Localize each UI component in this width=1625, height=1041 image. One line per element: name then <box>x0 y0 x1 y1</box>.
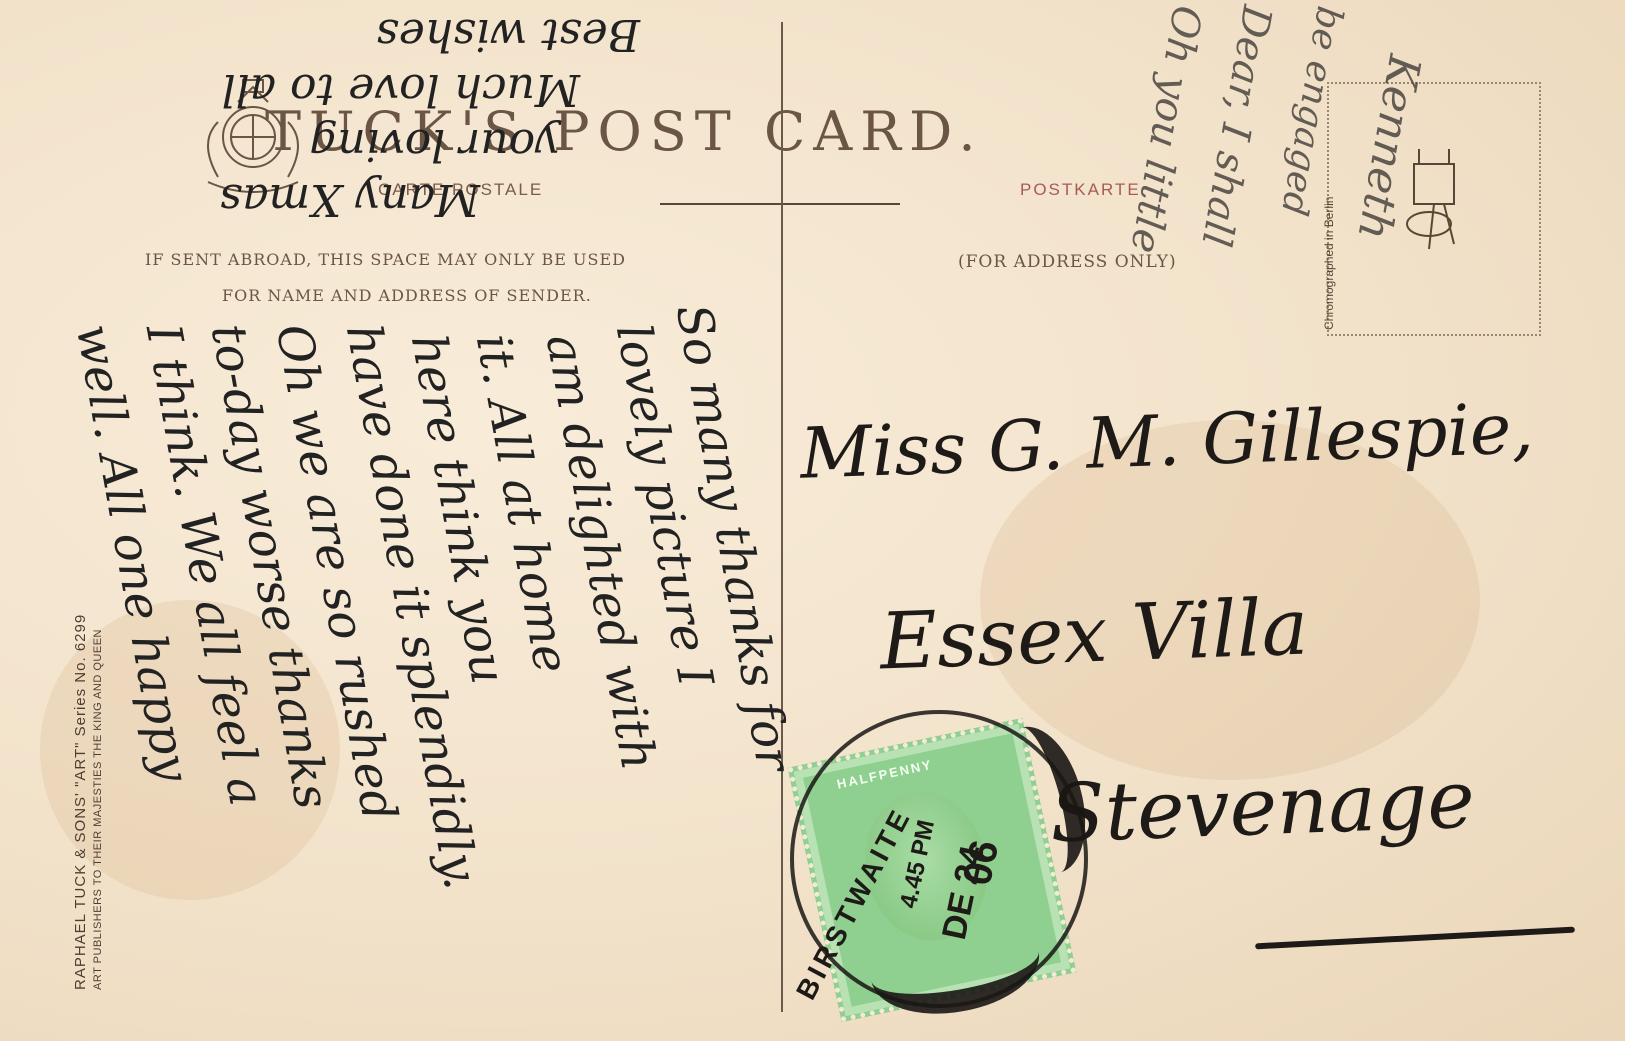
sent-abroad-note: IF SENT ABROAD, THIS SPACE MAY ONLY BE U… <box>145 250 626 269</box>
lithographed-note: Chromographed in Berlin <box>1322 197 1336 330</box>
postmark-year: 06 <box>955 836 1008 889</box>
address-underline <box>1255 927 1575 950</box>
postcard: TUCK'S POST CARD. CARTE POSTALE POSTKART… <box>0 0 1625 1041</box>
header-rule <box>660 203 900 205</box>
center-divider <box>781 22 783 1012</box>
message-inverted-line: your loving <box>309 119 560 170</box>
address-town: Stevenage <box>1049 753 1477 861</box>
message-inverted-line: Best wishes <box>376 9 640 60</box>
address-recipient: Miss G. M. Gillespie, <box>799 387 1535 495</box>
side-note-line: Dear, I shall <box>1192 2 1280 250</box>
postkarte-label: POSTKARTE <box>1020 180 1141 200</box>
sender-label: FOR NAME AND ADDRESS OF SENDER. <box>222 286 592 305</box>
address-house: Essex Villa <box>879 583 1310 688</box>
publisher-subline: ART PUBLISHERS TO THEIR MAJESTIES THE KI… <box>92 629 104 990</box>
address-only-label: (FOR ADDRESS ONLY) <box>958 252 1177 272</box>
message-inverted-line: Much love to all <box>222 64 580 115</box>
message-inverted-line: Many Xmas <box>220 174 480 225</box>
publisher-line: RAPHAEL TUCK & SONS' "ART" Series No. 62… <box>72 614 89 990</box>
